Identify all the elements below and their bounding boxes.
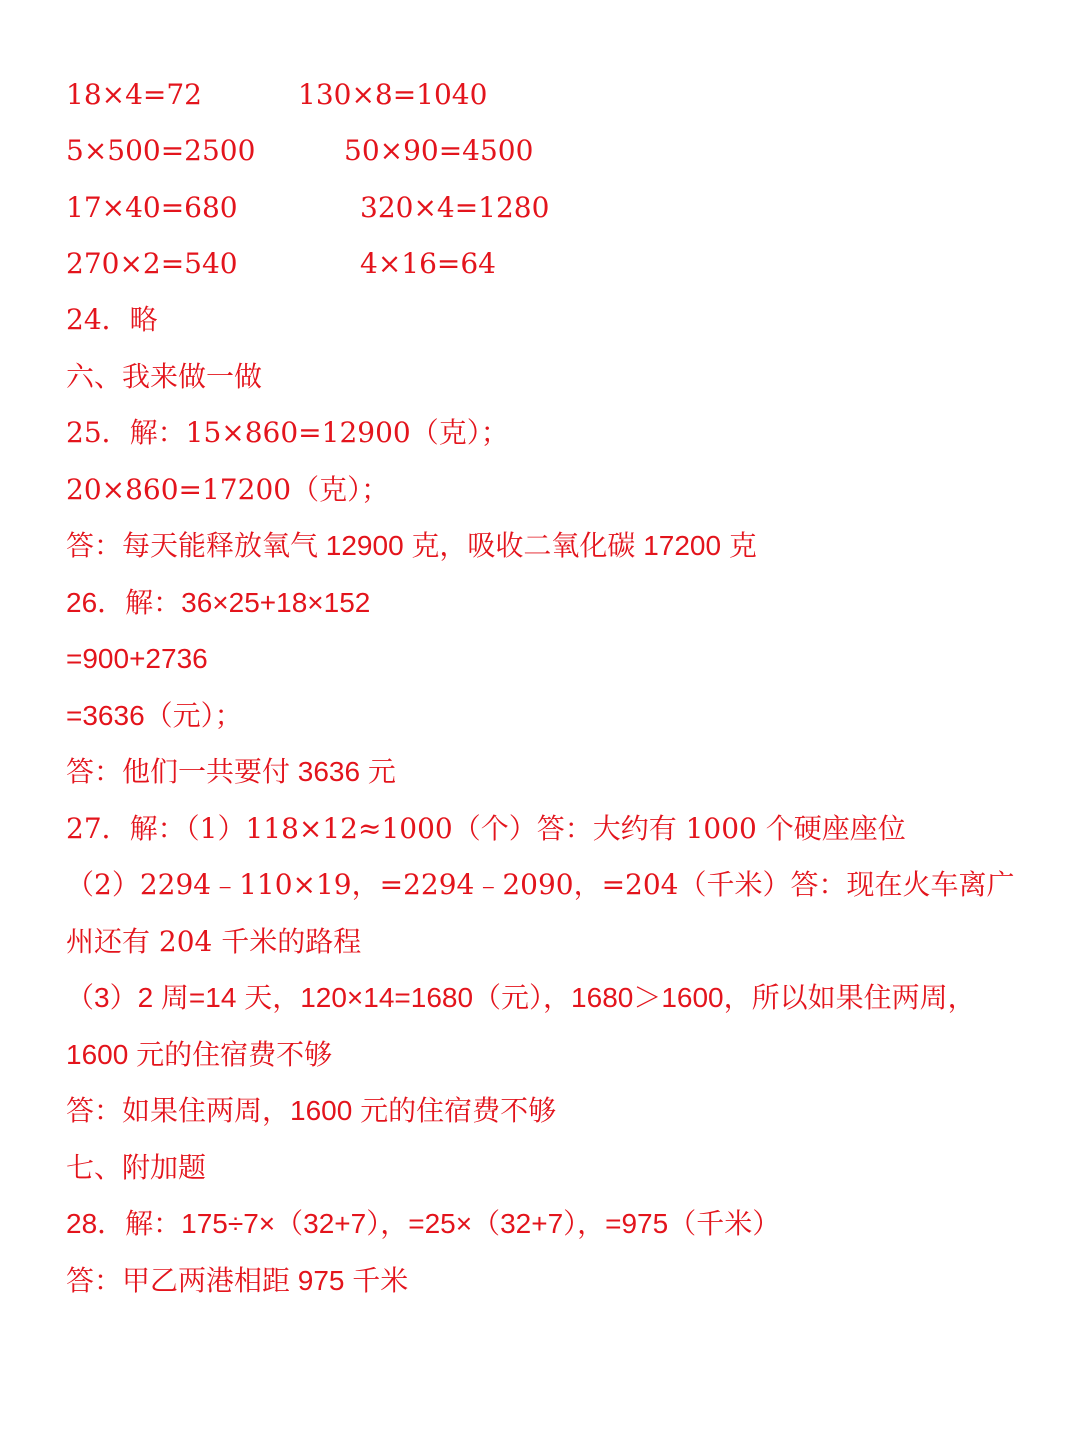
section-seven-heading: 七、附加题 xyxy=(66,1150,206,1186)
answer-28-conclusion: 答：甲乙两港相距 975 千米 xyxy=(66,1263,408,1299)
section-six-heading: 六、我来做一做 xyxy=(66,359,262,395)
answer-27-part-1: 27．解：（1）118×12≈1000（个）答：大约有 1000 个硬座座位 xyxy=(66,811,906,847)
answer-24: 24．略 xyxy=(66,302,158,338)
answer-27-part-3: （3）2 周=14 天，120×14=1680（元），1680＞1600，所以如… xyxy=(66,980,976,1016)
answer-25-step-2: 20×860=17200（克）； xyxy=(66,472,389,508)
answer-26-step-3: =3636（元）； xyxy=(66,698,243,734)
answer-28-solution: 28．解：175÷7×（32+7），=25×（32+7），=975（千米） xyxy=(66,1206,780,1242)
calc-row-1-right: 130×8=1040 xyxy=(298,77,487,113)
answer-27-conclusion: 答：如果住两周，1600 元的住宿费不够 xyxy=(66,1093,556,1129)
calc-row-3-left: 17×40=680 xyxy=(66,190,238,226)
calc-row-2-left: 5×500=2500 xyxy=(66,133,255,169)
answer-26-step-2: =900+2736 xyxy=(66,641,208,677)
calc-row-2-right: 50×90=4500 xyxy=(344,133,533,169)
answer-25-conclusion: 答：每天能释放氧气 12900 克，吸收二氧化碳 17200 克 xyxy=(66,528,757,564)
calc-row-1-left: 18×4=72 xyxy=(66,77,202,113)
answer-25-step-1: 25．解：15×860=12900（克）； xyxy=(66,415,509,451)
answer-27-part-2-cont: 州还有 204 千米的路程 xyxy=(66,924,361,960)
calc-row-4-left: 270×2=540 xyxy=(66,246,238,282)
calc-row-4-right: 4×16=64 xyxy=(360,246,496,282)
answer-27-part-2: （2）2294﹣110×19，=2294﹣2090，=204（千米）答：现在火车… xyxy=(66,867,1015,903)
answer-26-conclusion: 答：他们一共要付 3636 元 xyxy=(66,754,396,790)
answer-26-step-1: 26．解：36×25+18×152 xyxy=(66,585,370,621)
answer-27-part-3-cont: 1600 元的住宿费不够 xyxy=(66,1037,332,1073)
calc-row-3-right: 320×4=1280 xyxy=(360,190,549,226)
